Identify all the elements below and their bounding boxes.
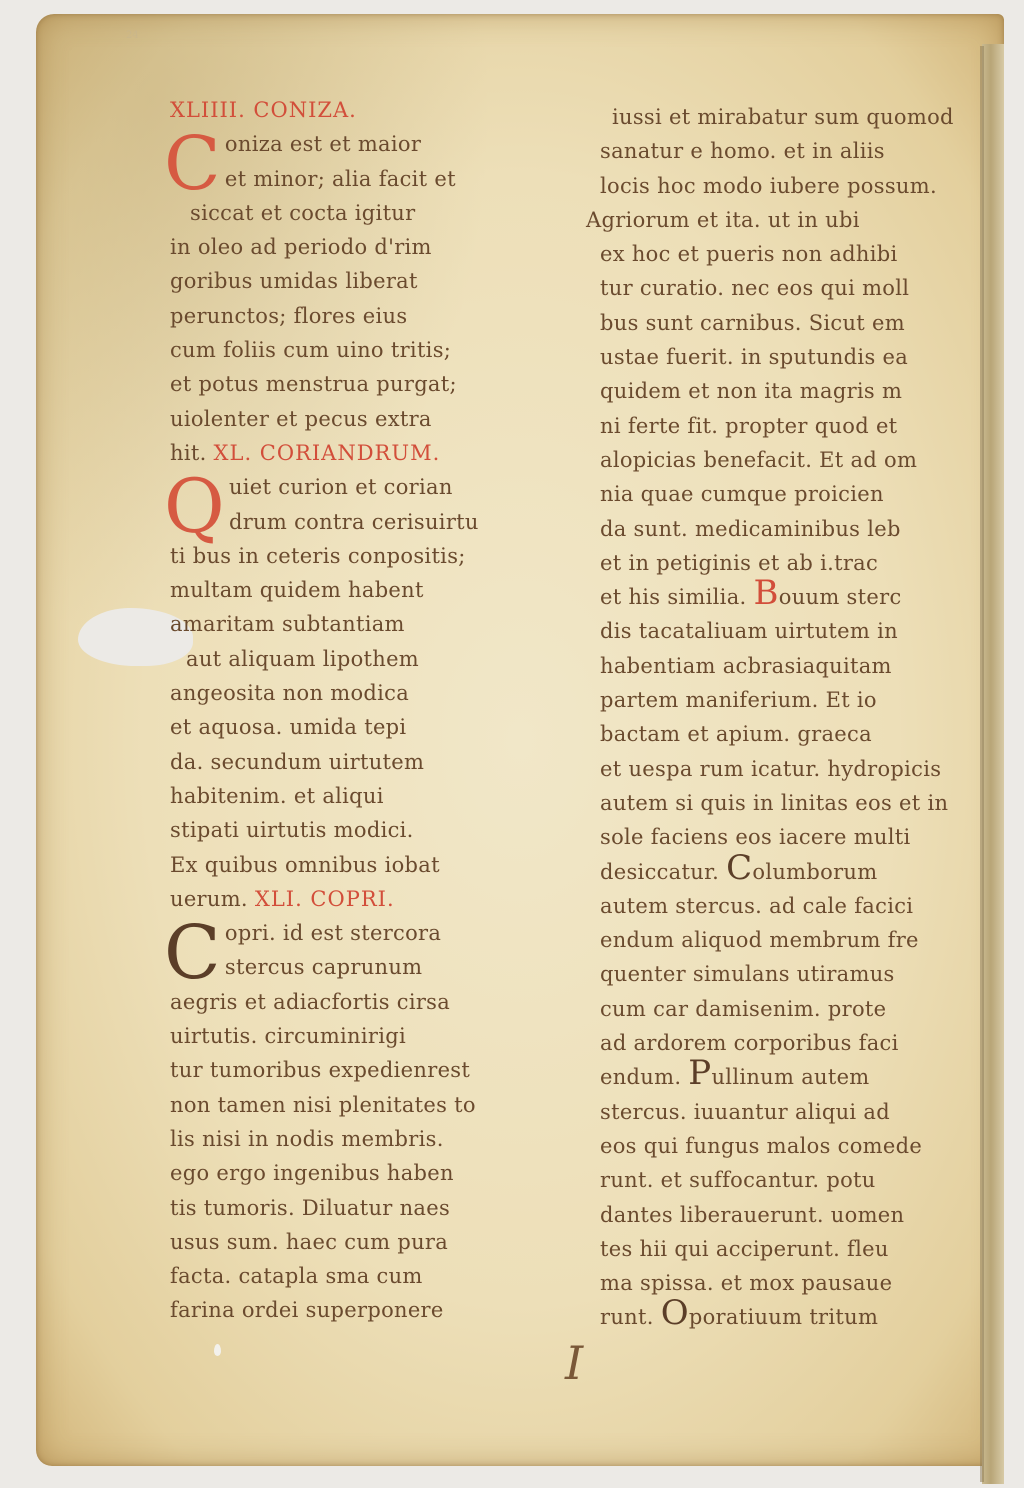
text-line: bactam et apium. graeca xyxy=(600,717,1020,751)
text-line: autem stercus. ad cale facici xyxy=(600,889,1020,923)
text-line: farina ordei superponere xyxy=(170,1293,590,1327)
text-line: goribus umidas liberat xyxy=(170,264,590,298)
text-line: dantes liberauerunt. uomen xyxy=(600,1198,1020,1232)
text-fragment: poratiuum tritum xyxy=(689,1305,878,1329)
text-line: multam quidem habent xyxy=(170,573,590,607)
text-line: ustae fuerit. in sputundis ea xyxy=(600,340,1020,374)
text-line: desiccatur. Columborum xyxy=(600,855,1020,889)
text-fragment: ullinum autem xyxy=(711,1065,869,1089)
text-line: tur tumoribus expedienrest xyxy=(170,1053,590,1087)
text-line: Agriorum et ita. ut in ubi xyxy=(586,203,1020,237)
text-line: ego ergo ingenibus haben xyxy=(170,1156,590,1190)
text-line: stipati uirtutis modici. xyxy=(170,813,590,847)
initial-letter: B xyxy=(753,573,778,613)
rubric-heading: XLI. COPRI. xyxy=(255,887,395,911)
text-line: stercus caprunum xyxy=(170,950,590,984)
text-line: habentiam acbrasiaquitam xyxy=(600,649,1020,683)
text-line: et in petiginis et ab i.trac xyxy=(600,546,1020,580)
text-line: dis tacataliuam uirtutem in xyxy=(600,614,1020,648)
text-line: tes hii qui acciperunt. fleu xyxy=(600,1232,1020,1266)
initial-letter: C xyxy=(164,918,221,988)
text-line: Ex quibus omnibus iobat xyxy=(170,848,590,882)
rubric-heading: XLIIII. CONIZA. xyxy=(170,93,590,127)
text-line: in oleo ad periodo d'rim xyxy=(170,230,590,264)
text-line: ti bus in ceteris conpositis; xyxy=(170,539,590,573)
text-line: cum car damisenim. prote xyxy=(600,992,1020,1026)
text-line: uiet curion et corian xyxy=(170,470,590,504)
text-line: alopicias benefacit. Et ad om xyxy=(600,443,1020,477)
text-line: nia quae cumque proicien xyxy=(600,477,1020,511)
text-line: quenter simulans utiramus xyxy=(600,957,1020,991)
text-line: et aquosa. umida tepi xyxy=(170,710,590,744)
initial-letter: Q xyxy=(164,472,225,542)
text-line: uerum. XLI. COPRI. xyxy=(170,882,590,916)
text-line: quidem et non ita magris m xyxy=(600,374,1020,408)
text-fragment: hit. xyxy=(170,441,207,465)
text-line: et uespa rum icatur. hydropicis xyxy=(600,752,1020,786)
text-fragment: endum. xyxy=(600,1065,681,1089)
text-line: angeosita non modica xyxy=(170,676,590,710)
quire-mark: I xyxy=(565,1336,583,1390)
parchment-stain xyxy=(214,1344,221,1356)
text-line: aut aliquam lipothem xyxy=(170,642,590,676)
text-line: uiolenter et pecus extra xyxy=(170,402,590,436)
text-line: et potus menstrua purgat; xyxy=(170,367,590,401)
text-line: locis hoc modo iubere possum. xyxy=(600,169,1020,203)
text-line: siccat et cocta igitur xyxy=(170,196,590,230)
text-line: et his similia. Bouum sterc xyxy=(600,580,1020,614)
text-line: sole faciens eos iacere multi xyxy=(600,820,1020,854)
initial-letter: C xyxy=(726,848,752,888)
text-line: da. secundum uirtutem xyxy=(170,745,590,779)
text-line: ni ferte fit. propter quod et xyxy=(600,409,1020,443)
text-fragment: uerum. xyxy=(170,887,248,911)
text-line: sanatur e homo. et in aliis xyxy=(600,134,1020,168)
text-line: perunctos; flores eius xyxy=(170,299,590,333)
initial-letter: O xyxy=(661,1293,689,1333)
text-line: autem si quis in linitas eos et in xyxy=(600,786,1020,820)
text-line: usus sum. haec cum pura xyxy=(170,1225,590,1259)
text-line: facta. catapla sma cum xyxy=(170,1259,590,1293)
initial-letter: P xyxy=(688,1053,711,1093)
text-line: runt. Oporatiuum tritum xyxy=(600,1300,1020,1334)
text-line: hit. XL. CORIANDRUM. xyxy=(170,436,590,470)
text-line: partem maniferium. Et io xyxy=(600,683,1020,717)
text-line: aegris et adiacfortis cirsa xyxy=(170,985,590,1019)
text-fragment: et his similia. xyxy=(600,585,747,609)
text-line: stercus. iuuantur aliqui ad xyxy=(600,1095,1020,1129)
text-line: tis tumoris. Diluatur naes xyxy=(170,1191,590,1225)
text-line: uirtutis. circuminirigi xyxy=(170,1019,590,1053)
text-line: da sunt. medicaminibus leb xyxy=(600,512,1020,546)
text-line: tur curatio. nec eos qui moll xyxy=(600,271,1020,305)
text-line: runt. et suffocantur. potu xyxy=(600,1163,1020,1197)
text-fragment: ouum sterc xyxy=(779,585,902,609)
right-column: iussi et mirabatur sum quomod sanatur e … xyxy=(600,100,1020,1335)
text-line: ad ardorem corporibus faci xyxy=(600,1026,1020,1060)
folio-number: 24 xyxy=(126,30,139,41)
text-line: habitenim. et aliqui xyxy=(170,779,590,813)
text-line: lis nisi in nodis membris. xyxy=(170,1122,590,1156)
text-line: endum aliquod membrum fre xyxy=(600,923,1020,957)
text-line: endum. Pullinum autem xyxy=(600,1060,1020,1094)
initial-letter: C xyxy=(164,129,221,199)
text-line: eos qui fungus malos comede xyxy=(600,1129,1020,1163)
text-line: iussi et mirabatur sum quomod xyxy=(600,100,1020,134)
text-line: cum foliis cum uino tritis; xyxy=(170,333,590,367)
paragraph-coriandrum: Q uiet curion et corian drum contra ceri… xyxy=(170,470,590,916)
paragraph-coniza: C oniza est et maior et minor; alia faci… xyxy=(170,127,590,470)
text-line: amaritam subtantiam xyxy=(170,607,590,641)
left-column: XLIIII. CONIZA. C oniza est et maior et … xyxy=(170,93,590,1328)
text-fragment: runt. xyxy=(600,1305,654,1329)
text-line: bus sunt carnibus. Sicut em xyxy=(600,306,1020,340)
paragraph-copri: C opri. id est stercora stercus caprunum… xyxy=(170,916,590,1328)
text-line: opri. id est stercora xyxy=(170,916,590,950)
text-line: ex hoc et pueris non adhibi xyxy=(600,237,1020,271)
text-fragment: desiccatur. xyxy=(600,860,719,884)
text-line: drum contra cerisuirtu xyxy=(170,505,590,539)
text-line: oniza est et maior xyxy=(170,127,590,161)
text-line: non tamen nisi plenitates to xyxy=(170,1088,590,1122)
text-fragment: olumborum xyxy=(752,860,877,884)
text-line: et minor; alia facit et xyxy=(170,162,590,196)
rubric-heading: XL. CORIANDRUM. xyxy=(214,441,441,465)
